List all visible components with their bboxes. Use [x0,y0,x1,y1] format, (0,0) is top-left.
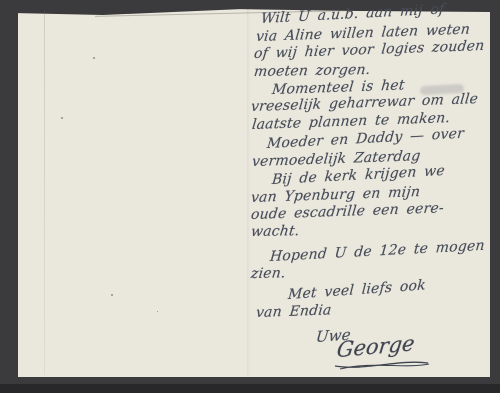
letter-line: zien. [250,265,287,282]
letter-line: moeten zorgen. [253,62,371,80]
paper-speck [111,294,113,296]
paper-speck [157,311,158,312]
paper-speck [93,57,95,59]
fold-crease-center [247,9,250,376]
fold-crease-left [44,11,45,375]
scan-bottom-band [0,384,500,393]
paper-speck [61,117,63,119]
signature-underline [333,356,431,372]
letter-line: van Endia [255,302,332,321]
letter-line: wacht. [250,223,300,240]
letter-scan: Wilt U a.u.b. aan mij of via Aline wille… [0,0,500,393]
